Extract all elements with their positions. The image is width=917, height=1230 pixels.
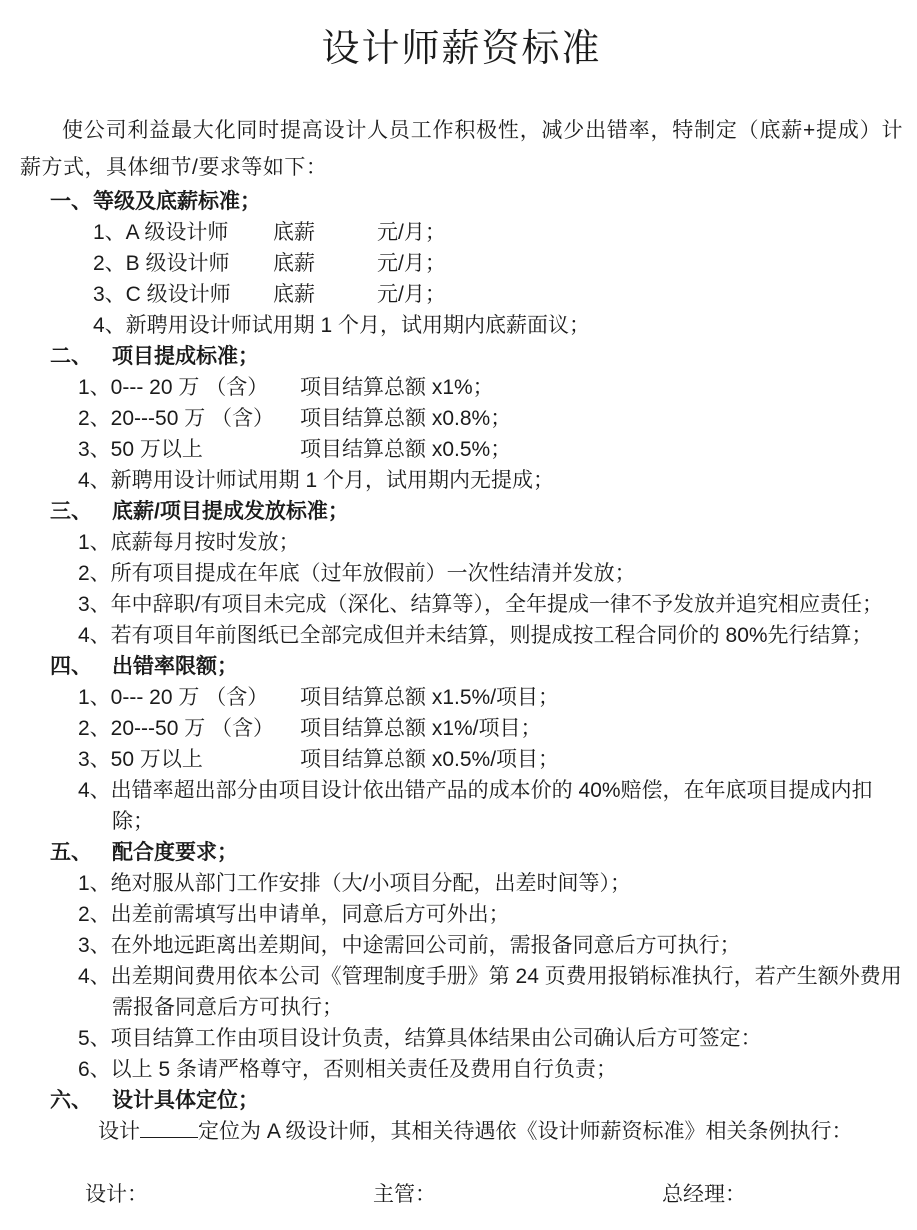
list-item: 4、新聘用设计师试用期 1 个月，试用期内底薪面议； [93, 310, 903, 341]
fill-in-blank [140, 1116, 198, 1138]
section-heading: 一、等级及底薪标准； [50, 186, 903, 217]
section-heading: 六、设计具体定位； [50, 1085, 903, 1116]
list-item: 2、20---50 万 （含）项目结算总额 x1%/项目； [78, 713, 903, 744]
section-title: 项目提成标准； [112, 345, 259, 368]
section-number: 二、 [50, 341, 112, 372]
item-text: 3、50 万以上 [78, 434, 300, 465]
section-number: 五、 [50, 837, 112, 868]
item-text: 底薪 [273, 248, 377, 279]
list-item: 5、项目结算工作由项目设计负责，结算具体结果由公司确认后方可签定： [78, 1023, 903, 1054]
list-item: 4、新聘用设计师试用期 1 个月，试用期内无提成； [78, 465, 903, 496]
section-5: 五、配合度要求；1、绝对服从部门工作安排（大/小项目分配，出差时间等）；2、出差… [20, 837, 903, 1085]
list-item: 3、C 级设计师底薪元/月； [93, 279, 903, 310]
section-1: 一、等级及底薪标准；1、A 级设计师底薪元/月；2、B 级设计师底薪元/月；3、… [20, 186, 903, 341]
item-text: 1、A 级设计师 [93, 217, 273, 248]
signature-designer-label: 设计： [85, 1179, 148, 1210]
section-title: 设计具体定位； [112, 1089, 259, 1112]
item-text: 1、0--- 20 万 （含） [78, 372, 300, 403]
section-number: 一、 [50, 186, 93, 217]
item-text: 项目结算总额 x1%/项目； [300, 713, 542, 744]
signature-manager-label: 总经理： [662, 1179, 746, 1210]
list-item: 2、20---50 万 （含）项目结算总额 x0.8%； [78, 403, 903, 434]
item-text: 元/月； [377, 279, 446, 310]
list-item: 3、50 万以上项目结算总额 x0.5%； [78, 434, 903, 465]
section-title: 配合度要求； [112, 841, 238, 864]
item-text: 项目结算总额 x0.5%/项目； [300, 744, 559, 775]
section-6: 六、设计具体定位； [20, 1085, 903, 1116]
signature-row: 设计： 主管： 总经理： [20, 1179, 903, 1210]
section-2: 二、项目提成标准；1、0--- 20 万 （含）项目结算总额 x1%；2、20-… [20, 341, 903, 496]
section-title: 出错率限额； [112, 655, 238, 678]
document-page: 设计师薪资标准 使公司利益最大化同时提高设计人员工作积极性，减少出错率，特制定（… [0, 0, 917, 1230]
list-item: 3、50 万以上项目结算总额 x0.5%/项目； [78, 744, 903, 775]
list-item: 4、若有项目年前图纸已全部完成但并未结算，则提成按工程合同价的 80%先行结算； [78, 620, 903, 651]
section-heading: 五、配合度要求； [50, 837, 903, 868]
list-item: 2、出差前需填写出申请单，同意后方可外出； [78, 899, 903, 930]
list-item: 1、底薪每月按时发放； [78, 527, 903, 558]
sections-container: 一、等级及底薪标准；1、A 级设计师底薪元/月；2、B 级设计师底薪元/月；3、… [20, 186, 903, 1116]
section-number: 四、 [50, 651, 112, 682]
list-item: 1、A 级设计师底薪元/月； [93, 217, 903, 248]
list-item: 6、以上 5 条请严格尊守，否则相关责任及费用自行负责； [78, 1054, 903, 1085]
signature-supervisor-label: 主管： [373, 1179, 436, 1210]
item-text: 项目结算总额 x0.8%； [300, 403, 511, 434]
item-text: 底薪 [273, 279, 377, 310]
item-text: 1、0--- 20 万 （含） [78, 682, 300, 713]
intro-paragraph: 使公司利益最大化同时提高设计人员工作积极性，减少出错率，特制定（底薪+提成）计薪… [20, 112, 903, 186]
section-title: 底薪/项目提成发放标准； [112, 500, 349, 523]
item-text: 元/月； [377, 248, 446, 279]
section-3: 三、底薪/项目提成发放标准；1、底薪每月按时发放；2、所有项目提成在年底（过年放… [20, 496, 903, 651]
positioning-line: 设计定位为 A 级设计师，其相关待遇依《设计师薪资标准》相关条例执行： [98, 1116, 903, 1147]
list-item: 4、出差期间费用依本公司《管理制度手册》第 24 页费用报销标准执行，若产生额外… [78, 961, 903, 1023]
section-4: 四、出错率限额；1、0--- 20 万 （含）项目结算总额 x1.5%/项目；2… [20, 651, 903, 837]
section-title: 等级及底薪标准； [93, 190, 261, 213]
section-heading: 四、出错率限额； [50, 651, 903, 682]
page-title: 设计师薪资标准 [20, 26, 903, 72]
item-text: 2、B 级设计师 [93, 248, 273, 279]
list-item: 2、B 级设计师底薪元/月； [93, 248, 903, 279]
section-heading: 二、项目提成标准； [50, 341, 903, 372]
item-text: 项目结算总额 x0.5%； [300, 434, 511, 465]
positioning-post-text: 定位为 A 级设计师，其相关待遇依《设计师薪资标准》相关条例执行： [198, 1120, 853, 1143]
item-text: 3、50 万以上 [78, 744, 300, 775]
item-text: 项目结算总额 x1.5%/项目； [300, 682, 559, 713]
list-item: 1、0--- 20 万 （含）项目结算总额 x1.5%/项目； [78, 682, 903, 713]
item-text: 底薪 [273, 217, 377, 248]
positioning-pre-text: 设计 [98, 1120, 140, 1143]
list-item: 2、所有项目提成在年底（过年放假前）一次性结清并发放； [78, 558, 903, 589]
section-number: 六、 [50, 1085, 112, 1116]
item-text: 2、20---50 万 （含） [78, 403, 300, 434]
list-item: 4、出错率超出部分由项目设计依出错产品的成本价的 40%赔偿，在年底项目提成内扣… [78, 775, 903, 837]
item-text: 2、20---50 万 （含） [78, 713, 300, 744]
list-item: 1、0--- 20 万 （含）项目结算总额 x1%； [78, 372, 903, 403]
item-text: 元/月； [377, 217, 446, 248]
item-text: 项目结算总额 x1%； [300, 372, 494, 403]
list-item: 1、绝对服从部门工作安排（大/小项目分配，出差时间等）； [78, 868, 903, 899]
section-number: 三、 [50, 496, 112, 527]
section-heading: 三、底薪/项目提成发放标准； [50, 496, 903, 527]
list-item: 3、在外地远距离出差期间，中途需回公司前，需报备同意后方可执行； [78, 930, 903, 961]
list-item: 3、年中辞职/有项目未完成（深化、结算等），全年提成一律不予发放并追究相应责任； [78, 589, 903, 620]
item-text: 3、C 级设计师 [93, 279, 273, 310]
